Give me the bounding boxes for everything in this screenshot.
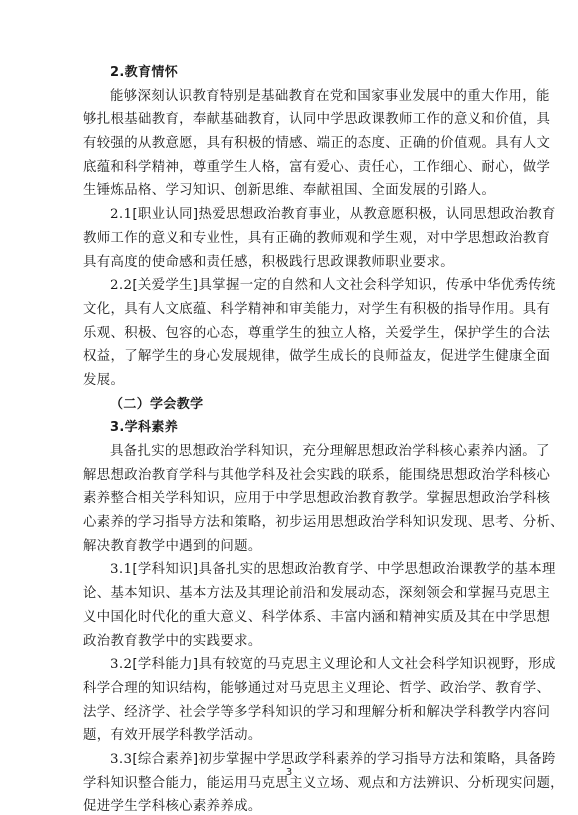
text-line: 义中国化时代化的重大意义、科学体系、丰富内涵和精神实质及其在中学思想 (83, 606, 496, 630)
item-tag: [综合素养] (132, 752, 198, 767)
item-text: 具有较宽的马克思主义理论和人文社会科学知识视野，形成 (198, 657, 555, 672)
item-number: 3.2 (110, 657, 132, 672)
text-line: 政治教育教学中的实践要求。 (83, 630, 496, 654)
item-tag: [学科能力] (132, 657, 198, 672)
item-text: 具备扎实的思想政治教育学、中学思想政治课教学的基本理 (198, 562, 555, 577)
section-heading-3: 3.学科素养 (83, 416, 496, 440)
text-line: 教师工作的意义和专业性，具有正确的教师观和学生观，对中学思想政治教育 (83, 227, 496, 251)
text-line: 够扎根基础教育，奉献基础教育，认同中学思政课教师工作的意义和价值，具 (83, 108, 496, 132)
page-number: 3 (0, 767, 578, 778)
text-line: 3.2[学科能力]具有较宽的马克思主义理论和人文社会科学知识视野，形成 (83, 653, 496, 677)
text-line: 具有高度的使命感和责任感，积极践行思政课教师职业要求。 (83, 251, 496, 275)
text-line: 解决教育教学中遇到的问题。 (83, 535, 496, 559)
text-line: 文化，具有人文底蕴、科学精神和审美能力，对学生有积极的指导作用。具有 (83, 298, 496, 322)
text-line: 促进学生学科核心素养养成。 (83, 795, 496, 815)
paragraph-education-sentiment: 能够深刻认识教育特别是基础教育在党和国家事业发展中的重大作用，能 够扎根基础教育… (83, 85, 496, 203)
text-line: 论、基本知识、基本方法及其理论前沿和发展动态，深刻领会和掌握马克思主 (83, 582, 496, 606)
item-2-2-care-for-students: 2.2[关爱学生]具掌握一定的自然和人文社会科学知识，传承中华优秀传统 文化，具… (83, 274, 496, 392)
paragraph-subject-literacy: 具备扎实的思想政治学科知识，充分理解思想政治学科核心素养内涵。了 解思想政治教育… (83, 440, 496, 558)
item-tag: [学科知识] (132, 562, 198, 577)
text-line: 底蕴和科学精神，尊重学生人格，富有爱心、责任心，工作细心、耐心，做学 (83, 156, 496, 180)
text-line: 3.1[学科知识]具备扎实的思想政治教育学、中学思想政治课教学的基本理 (83, 558, 496, 582)
text-line: 具备扎实的思想政治学科知识，充分理解思想政治学科核心素养内涵。了 (83, 440, 496, 464)
text-line: 权益，了解学生的身心发展规律，做学生成长的良师益友，促进学生健康全面 (83, 345, 496, 369)
document-page: 2.教育情怀 能够深刻认识教育特别是基础教育在党和国家事业发展中的重大作用，能 … (0, 0, 578, 815)
page-content: 2.教育情怀 能够深刻认识教育特别是基础教育在党和国家事业发展中的重大作用，能 … (83, 61, 496, 815)
text-line: 生锤炼品格、学习知识、创新思维、奉献祖国、全面发展的引路人。 (83, 179, 496, 203)
text-line: 2.2[关爱学生]具掌握一定的自然和人文社会科学知识，传承中华优秀传统 (83, 274, 496, 298)
section-heading-2: 2.教育情怀 (83, 61, 496, 85)
item-3-2-subject-ability: 3.2[学科能力]具有较宽的马克思主义理论和人文社会科学知识视野，形成 科学合理… (83, 653, 496, 748)
text-line: 心素养的学习指导方法和策略，初步运用思想政治学科知识发现、思考、分析、 (83, 511, 496, 535)
text-line: 乐观、积极、包容的心态，尊重学生的独立人格，关爱学生，保护学生的合法 (83, 322, 496, 346)
text-line: 解思想政治教育学科与其他学科及社会实践的联系，能围绕思想政治学科核心 (83, 464, 496, 488)
item-number: 2.2 (110, 278, 132, 293)
text-line: 法学、经济学、社会学等多学科知识的学习和理解分析和解决学科教学内容问 (83, 701, 496, 725)
text-line: 题，有效开展学科教学活动。 (83, 724, 496, 748)
item-tag: [职业认同] (132, 207, 198, 222)
text-line: 发展。 (83, 369, 496, 393)
item-text: 具掌握一定的自然和人文社会科学知识，传承中华优秀传统 (198, 278, 555, 293)
text-line: 素养整合相关学科知识，应用于中学思想政治教育教学。掌握思想政治学科核 (83, 487, 496, 511)
item-number: 3.3 (110, 752, 132, 767)
item-3-3-comprehensive-literacy: 3.3[综合素养]初步掌握中学思政学科素养的学习指导方法和策略，具备跨 学科知识… (83, 748, 496, 815)
item-text: 初步掌握中学思政学科素养的学习指导方法和策略，具备跨 (198, 752, 555, 767)
item-number: 3.1 (110, 562, 132, 577)
item-number: 2.1 (110, 207, 132, 222)
item-2-1-career-identity: 2.1[职业认同]热爱思想政治教育事业，从教意愿积极，认同思想政治教育 教师工作… (83, 203, 496, 274)
item-tag: [关爱学生] (132, 278, 198, 293)
item-3-1-subject-knowledge: 3.1[学科知识]具备扎实的思想政治教育学、中学思想政治课教学的基本理 论、基本… (83, 558, 496, 653)
text-line: 有较强的从教意愿，具有积极的情感、端正的态度、正确的价值观。具有人文 (83, 132, 496, 156)
part-heading-learn-teaching: （二）学会教学 (83, 393, 496, 417)
text-line: 2.1[职业认同]热爱思想政治教育事业，从教意愿积极，认同思想政治教育 (83, 203, 496, 227)
text-line: 科学合理的知识结构，能够通过对马克思主义理论、哲学、政治学、教育学、 (83, 677, 496, 701)
item-text: 热爱思想政治教育事业，从教意愿积极，认同思想政治教育 (198, 207, 555, 222)
text-line: 能够深刻认识教育特别是基础教育在党和国家事业发展中的重大作用，能 (83, 85, 496, 109)
